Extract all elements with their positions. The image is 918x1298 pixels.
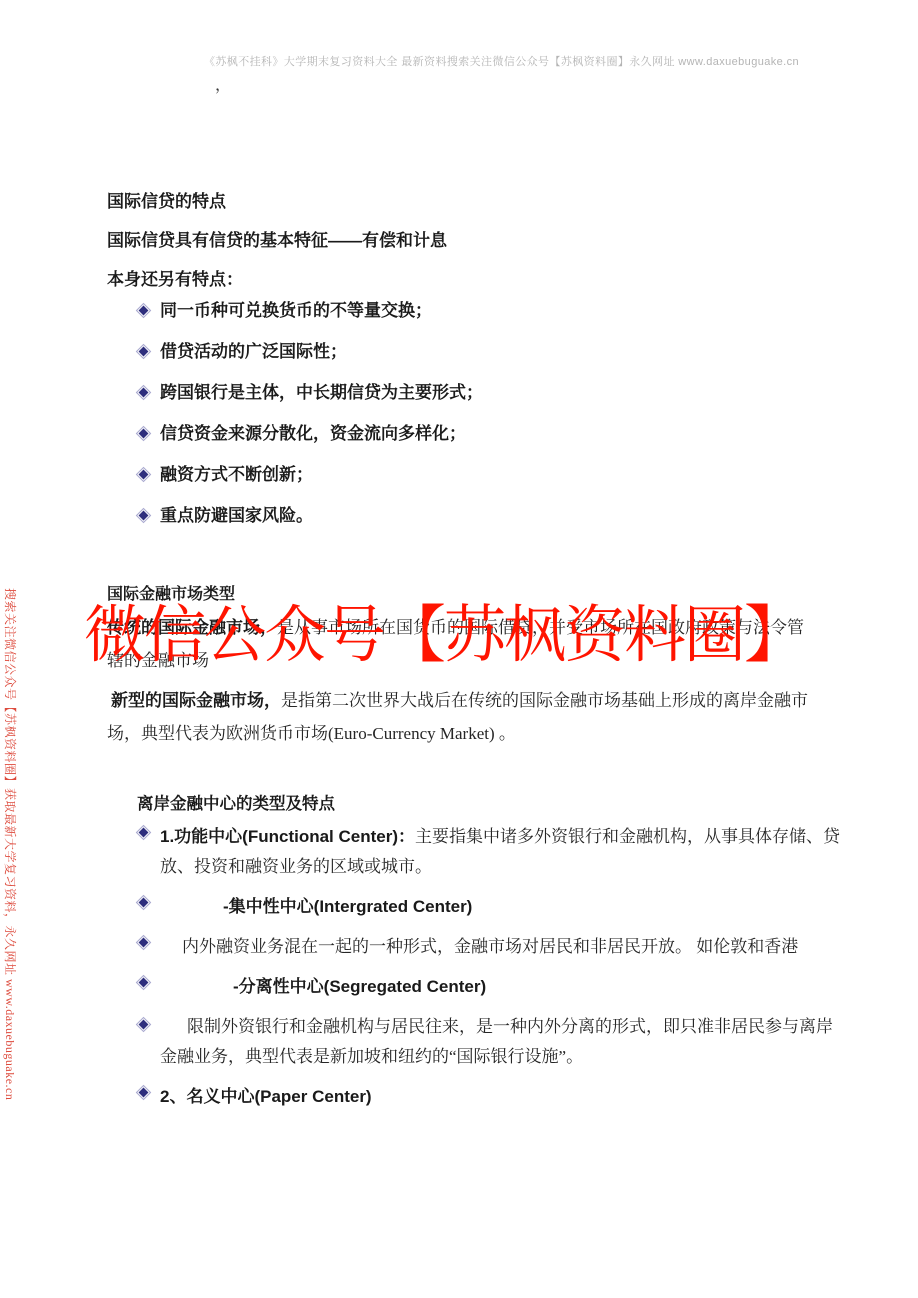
diamond-bullet-icon	[137, 468, 150, 481]
diamond-bullet-icon	[137, 1086, 150, 1099]
list-item-text: 融资方式不断创新；	[160, 465, 313, 484]
list-item: 信贷资金来源分散化，资金流向多样化；	[137, 423, 857, 445]
diamond-bullet-icon	[137, 1018, 150, 1031]
diamond-bullet-icon	[137, 345, 150, 358]
diamond-bullet-icon	[137, 976, 150, 989]
list-item-bold: -集中性中心(Intergrated Center)	[223, 897, 472, 916]
section-title-credit: 国际信贷的特点	[107, 187, 226, 212]
paragraph-lead: 新型的国际金融市场，	[107, 691, 281, 710]
list-item-bold: 1.功能中心(Functional Center)：	[160, 827, 415, 846]
section-title-offshore: 离岸金融中心的类型及特点	[137, 790, 335, 814]
list-item-text: 内外融资业务混在一起的一种形式，金融市场对居民和非居民开放。 如伦敦和香港	[182, 937, 798, 956]
list-item: 限制外资银行和金融机构与居民往来，是一种内外分离的形式，即只准非居民参与离岸金融…	[137, 1012, 847, 1072]
diamond-bullet-icon	[137, 936, 150, 949]
list-item-text: 限制外资银行和金融机构与居民往来，是一种内外分离的形式，即只准非居民参与离岸金融…	[160, 1017, 833, 1066]
offshore-center-list: 1.功能中心(Functional Center)：主要指集中诸多外资银行和金融…	[137, 822, 847, 1122]
diamond-bullet-icon	[137, 509, 150, 522]
list-item: -分离性中心(Segregated Center)	[137, 972, 847, 1002]
diamond-bullet-icon	[137, 427, 150, 440]
list-item: 1.功能中心(Functional Center)：主要指集中诸多外资银行和金融…	[137, 822, 847, 882]
diamond-bullet-icon	[137, 826, 150, 839]
list-item-text: 信贷资金来源分散化，资金流向多样化；	[160, 424, 466, 443]
list-item: 重点防避国家风险。	[137, 505, 857, 527]
list-item: 内外融资业务混在一起的一种形式，金融市场对居民和非居民开放。 如伦敦和香港	[137, 932, 847, 962]
credit-feature-list: 同一币种可兑换货币的不等量交换； 借贷活动的广泛国际性； 跨国银行是主体，中长期…	[137, 300, 857, 546]
list-item: 借贷活动的广泛国际性；	[137, 341, 857, 363]
list-item-text: 借贷活动的广泛国际性；	[160, 342, 347, 361]
section-subtitle-credit: 国际信贷具有信贷的基本特征——有偿和计息	[107, 226, 447, 251]
header-note: 《苏枫不挂科》大学期末复习资料大全 最新资料搜索关注微信公众号【苏枫资料圈】永久…	[204, 53, 799, 69]
paragraph-modern-market: 新型的国际金融市场，是指第二次世界大战后在传统的国际金融市场基础上形成的离岸金融…	[107, 684, 823, 750]
list-item: 跨国银行是主体，中长期信贷为主要形式；	[137, 382, 857, 404]
paragraph-lead: 传统的国际金融市场，	[107, 618, 277, 637]
document-page: 《苏枫不挂科》大学期末复习资料大全 最新资料搜索关注微信公众号【苏枫资料圈】永久…	[0, 0, 918, 1298]
stray-comma: ，	[215, 72, 231, 95]
diamond-bullet-icon	[137, 304, 150, 317]
diamond-bullet-icon	[137, 896, 150, 909]
section-leadin-credit: 本身还另有特点：	[107, 265, 243, 290]
list-item-bold: 2、名义中心(Paper Center)	[160, 1087, 372, 1106]
section-title-market: 国际金融市场类型	[107, 581, 235, 604]
list-item: -集中性中心(Intergrated Center)	[137, 892, 847, 922]
list-item-text: 跨国银行是主体，中长期信贷为主要形式；	[160, 383, 483, 402]
list-item-text: 同一币种可兑换货币的不等量交换；	[160, 301, 432, 320]
paragraph-traditional-market: 传统的国际金融市场，是从事市场所在国货币的国际借贷，并受市场所在国政府政策与法令…	[107, 611, 815, 677]
list-item: 同一币种可兑换货币的不等量交换；	[137, 300, 857, 322]
list-item: 融资方式不断创新；	[137, 464, 857, 486]
list-item-bold: -分离性中心(Segregated Center)	[233, 977, 486, 996]
watermark-side-text: 搜索关注微信公众号【苏枫资料圈】获取最新大学复习资料，永久网址 www.daxu…	[2, 588, 19, 1100]
list-item: 2、名义中心(Paper Center)	[137, 1082, 847, 1112]
diamond-bullet-icon	[137, 386, 150, 399]
list-item-text: 重点防避国家风险。	[160, 506, 313, 525]
